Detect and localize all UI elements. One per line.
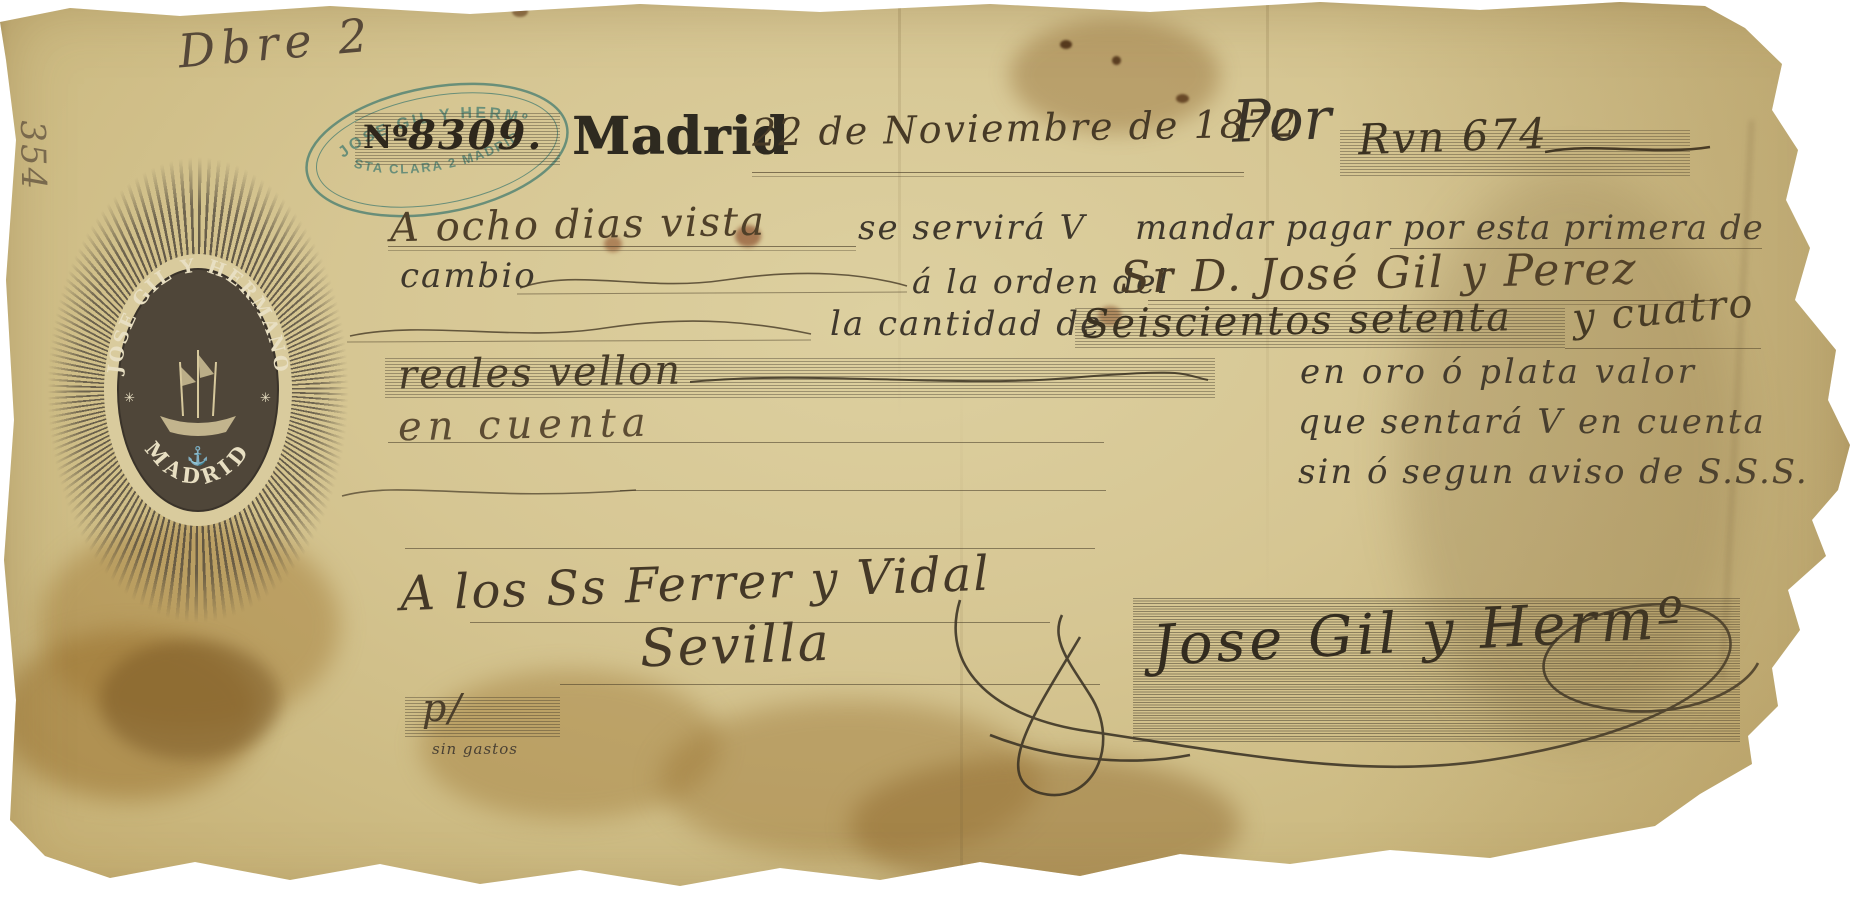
number-value: 8309.	[408, 112, 543, 159]
ruled-line	[1565, 348, 1761, 349]
clause-servira: se servirá V	[858, 208, 1086, 248]
amount-dash	[1545, 138, 1715, 162]
emblem-rosette-right: ✳	[260, 391, 271, 406]
stain-spot	[1176, 94, 1189, 103]
amount-words-handwritten-c: reales vellon	[398, 348, 683, 399]
stain-spot	[1060, 40, 1072, 49]
date-handwritten: 22 de Noviembre de 1872	[752, 101, 1299, 155]
ruled-line	[388, 246, 856, 251]
margin-number: 354	[12, 120, 53, 192]
emblem-rosette-left: ✳	[124, 391, 135, 406]
number-prefix: Nº	[363, 118, 408, 156]
signature-flourish	[930, 545, 1770, 815]
por-printed: Por	[1231, 84, 1333, 155]
charges-mark-handwritten: p/	[422, 686, 463, 730]
clause-sentara-a: que sentará V	[1298, 402, 1564, 442]
scanned-bill-of-exchange: Dbre 2 354 JOSE GIL Y HERMANO MADRID ✳ ✳	[0, 0, 1855, 900]
docket-annotation: Dbre 2	[176, 8, 375, 79]
clause-sentara-b: en cuenta	[1578, 402, 1766, 442]
emblem-oval: JOSE GIL Y HERMANO MADRID ✳ ✳ ⚓	[98, 240, 298, 540]
document-paper: Dbre 2 354 JOSE GIL Y HERMANO MADRID ✳ ✳	[0, 0, 1855, 900]
filler-dash	[690, 366, 1210, 392]
amount-handwritten: Rvn 674	[1357, 109, 1549, 165]
clause-cantidad: la cantidad de	[830, 304, 1102, 344]
ruled-line	[752, 172, 1244, 177]
clause-oro: en oro ó plata valor	[1300, 352, 1697, 392]
addressee-city-handwritten: Sevilla	[639, 613, 832, 680]
anchor-icon: ⚓	[187, 445, 209, 467]
charges-note-printed: sin gastos	[432, 740, 518, 758]
stain-spot	[512, 6, 528, 17]
term-handwritten: A ocho dias vista	[390, 199, 767, 252]
clause-aviso: sin ó segun aviso de S.S.S.	[1298, 452, 1809, 492]
payee-handwritten: Sr D. José Gil y Perez	[1120, 243, 1638, 303]
stain-spot	[1112, 56, 1121, 65]
clause-mandar: mandar pagar por esta primera de	[1135, 208, 1764, 248]
amount-words-handwritten-a: Seiscientos setenta	[1082, 294, 1513, 347]
ruled-line	[388, 442, 1104, 443]
filler-dash	[340, 478, 640, 504]
addressee-handwritten: A los Ss Ferrer y Vidal	[399, 546, 991, 623]
ruled-line	[620, 490, 1106, 491]
filler-dash	[515, 266, 910, 298]
filler-dash	[345, 316, 815, 346]
stain-blob	[0, 630, 260, 800]
stain-blob	[100, 640, 280, 760]
